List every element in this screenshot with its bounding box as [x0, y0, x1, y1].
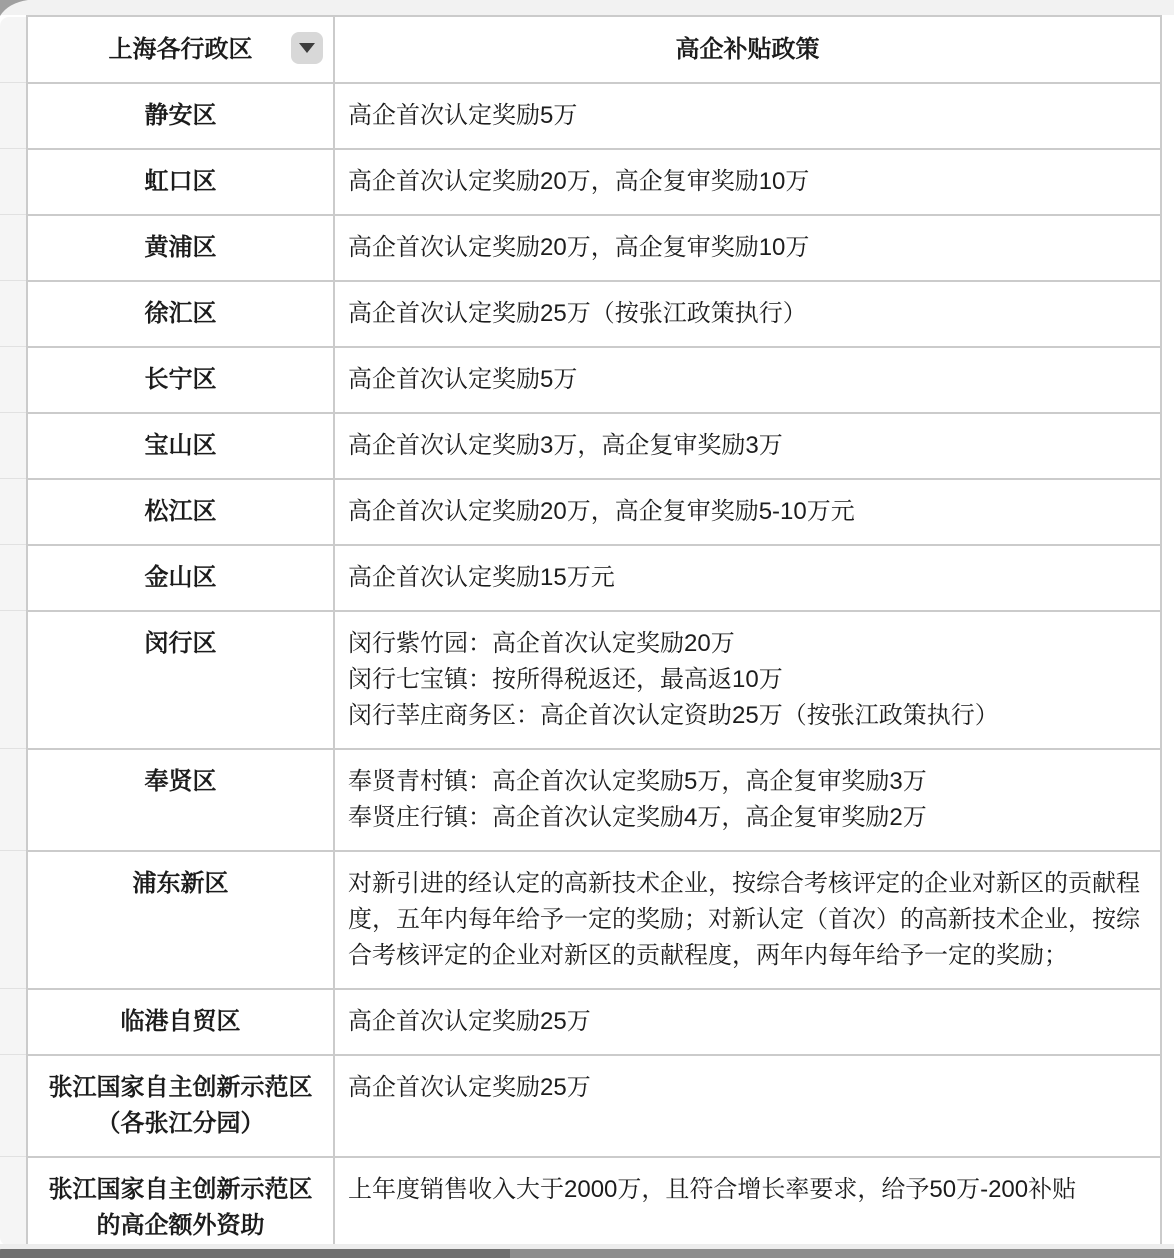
policy-cell[interactable]: 对新引进的经认定的高新技术企业，按综合考核评定的企业对新区的贡献程度，五年内每年…: [334, 851, 1161, 989]
policy-cell[interactable]: 高企首次认定奖励25万: [334, 989, 1161, 1055]
district-text-line: 张江国家自主创新示范区: [40, 1070, 321, 1106]
policy-cell[interactable]: 高企首次认定奖励25万（按张江政策执行）: [334, 281, 1161, 347]
policy-cell[interactable]: 高企首次认定奖励5万: [334, 83, 1161, 149]
gutter-row-line: [0, 148, 26, 149]
gutter-row-line: [0, 544, 26, 545]
table-row: 宝山区高企首次认定奖励3万，高企复审奖励3万: [27, 413, 1161, 479]
policy-text-line: 合考核评定的企业对新区的贡献程度，两年内每年给予一定的奖励；: [348, 938, 1144, 974]
district-cell[interactable]: 宝山区: [27, 413, 334, 479]
top-margin-strip: [0, 0, 1174, 15]
district-text-line: 张江国家自主创新示范区: [40, 1172, 321, 1208]
gutter-row-line: [0, 82, 26, 83]
policy-text-line: 度，五年内每年给予一定的奖励；对新认定（首次）的高新技术企业，按综: [348, 902, 1144, 938]
district-cell[interactable]: 徐汇区: [27, 281, 334, 347]
district-text-line: 松江区: [40, 494, 321, 530]
policy-text-line: 高企首次认定奖励25万（按张江政策执行）: [348, 296, 1144, 332]
district-text-line: 徐汇区: [40, 296, 321, 332]
header-row: 上海各行政区 高企补贴政策: [27, 16, 1161, 83]
policy-cell[interactable]: 高企首次认定奖励25万: [334, 1055, 1161, 1157]
policy-text-line: 高企首次认定奖励20万，高企复审奖励5-10万元: [348, 494, 1144, 530]
table-row: 奉贤区奉贤青村镇：高企首次认定奖励5万，高企复审奖励3万奉贤庄行镇：高企首次认定…: [27, 749, 1161, 851]
gutter-row-line: [0, 412, 26, 413]
policy-text-line: 高企首次认定奖励25万: [348, 1004, 1144, 1040]
district-cell[interactable]: 金山区: [27, 545, 334, 611]
district-text-line: 临港自贸区: [40, 1004, 321, 1040]
district-text-line: 长宁区: [40, 362, 321, 398]
district-text-line: 闵行区: [40, 626, 321, 662]
dropdown-arrow-icon: [299, 43, 315, 53]
row-gutter: [0, 17, 26, 1246]
district-cell[interactable]: 长宁区: [27, 347, 334, 413]
table-row: 徐汇区高企首次认定奖励25万（按张江政策执行）: [27, 281, 1161, 347]
table-row: 松江区高企首次认定奖励20万，高企复审奖励5-10万元: [27, 479, 1161, 545]
district-header-cell: 上海各行政区: [27, 16, 334, 83]
policy-text-line: 高企首次认定奖励15万元: [348, 560, 1144, 596]
policy-text-line: 对新引进的经认定的高新技术企业，按综合考核评定的企业对新区的贡献程: [348, 866, 1144, 902]
district-header-label: 上海各行政区: [109, 36, 253, 63]
district-text-line: 浦东新区: [40, 866, 321, 902]
district-text-line: 黄浦区: [40, 230, 321, 266]
table-row: 黄浦区高企首次认定奖励20万，高企复审奖励10万: [27, 215, 1161, 281]
horizontal-scrollbar[interactable]: [0, 1249, 1174, 1258]
district-cell[interactable]: 张江国家自主创新示范区（各张江分园）: [27, 1055, 334, 1157]
policy-text-line: 高企首次认定奖励5万: [348, 98, 1144, 134]
policy-cell[interactable]: 高企首次认定奖励20万，高企复审奖励10万: [334, 149, 1161, 215]
table-row: 浦东新区对新引进的经认定的高新技术企业，按综合考核评定的企业对新区的贡献程度，五…: [27, 851, 1161, 989]
gutter-row-line: [0, 610, 26, 611]
policy-cell[interactable]: 高企首次认定奖励15万元: [334, 545, 1161, 611]
policy-cell[interactable]: 高企首次认定奖励20万，高企复审奖励10万: [334, 215, 1161, 281]
district-cell[interactable]: 静安区: [27, 83, 334, 149]
policy-text-line: 闵行莘庄商务区：高企首次认定资助25万（按张江政策执行）: [348, 698, 1144, 734]
policy-cell[interactable]: 高企首次认定奖励5万: [334, 347, 1161, 413]
gutter-row-line: [0, 1054, 26, 1055]
policy-header-cell: 高企补贴政策: [334, 16, 1161, 83]
district-filter-dropdown-button[interactable]: [291, 32, 323, 64]
district-cell[interactable]: 张江国家自主创新示范区的高企额外资助: [27, 1157, 334, 1258]
table-row: 临港自贸区高企首次认定奖励25万: [27, 989, 1161, 1055]
gutter-row-line: [0, 1156, 26, 1157]
district-text-line: 虹口区: [40, 164, 321, 200]
policy-cell[interactable]: 奉贤青村镇：高企首次认定奖励5万，高企复审奖励3万奉贤庄行镇：高企首次认定奖励4…: [334, 749, 1161, 851]
policy-text-line: 高企首次认定奖励25万: [348, 1070, 1144, 1106]
policy-cell[interactable]: 高企首次认定奖励3万，高企复审奖励3万: [334, 413, 1161, 479]
table-row: 张江国家自主创新示范区的高企额外资助上年度销售收入大于2000万，且符合增长率要…: [27, 1157, 1161, 1258]
table-row: 静安区高企首次认定奖励5万: [27, 83, 1161, 149]
policy-text-line: 高企首次认定奖励3万，高企复审奖励3万: [348, 428, 1144, 464]
district-text-line: 静安区: [40, 98, 321, 134]
district-text-line: 的高企额外资助: [40, 1208, 321, 1244]
gutter-row-line: [0, 988, 26, 989]
district-subsidy-table: 上海各行政区 高企补贴政策 静安区高企首次认定奖励5万虹口区高企首次认定奖励20…: [26, 15, 1162, 1258]
gutter-row-line: [0, 214, 26, 215]
policy-cell[interactable]: 上年度销售收入大于2000万，且符合增长率要求，给予50万-200补贴: [334, 1157, 1161, 1258]
gutter-row-line: [0, 850, 26, 851]
district-cell[interactable]: 奉贤区: [27, 749, 334, 851]
district-cell[interactable]: 黄浦区: [27, 215, 334, 281]
district-text-line: 金山区: [40, 560, 321, 596]
policy-text-line: 上年度销售收入大于2000万，且符合增长率要求，给予50万-200补贴: [348, 1172, 1144, 1208]
policy-text-line: 闵行七宝镇：按所得税返还，最高返10万: [348, 662, 1144, 698]
policy-text-line: 高企首次认定奖励20万，高企复审奖励10万: [348, 164, 1144, 200]
table-row: 张江国家自主创新示范区（各张江分园）高企首次认定奖励25万: [27, 1055, 1161, 1157]
district-text-line: 奉贤区: [40, 764, 321, 800]
policy-text-line: 奉贤庄行镇：高企首次认定奖励4万，高企复审奖励2万: [348, 800, 1144, 836]
policy-text-line: 奉贤青村镇：高企首次认定奖励5万，高企复审奖励3万: [348, 764, 1144, 800]
district-cell[interactable]: 浦东新区: [27, 851, 334, 989]
policy-text-line: 闵行紫竹园：高企首次认定奖励20万: [348, 626, 1144, 662]
table-row: 长宁区高企首次认定奖励5万: [27, 347, 1161, 413]
district-cell[interactable]: 松江区: [27, 479, 334, 545]
table-row: 金山区高企首次认定奖励15万元: [27, 545, 1161, 611]
table-row: 闵行区闵行紫竹园：高企首次认定奖励20万闵行七宝镇：按所得税返还，最高返10万闵…: [27, 611, 1161, 749]
district-text-line: 宝山区: [40, 428, 321, 464]
policy-text-line: 高企首次认定奖励20万，高企复审奖励10万: [348, 230, 1144, 266]
table-row: 虹口区高企首次认定奖励20万，高企复审奖励10万: [27, 149, 1161, 215]
district-cell[interactable]: 闵行区: [27, 611, 334, 749]
policy-text-line: 高企首次认定奖励5万: [348, 362, 1144, 398]
gutter-row-line: [0, 748, 26, 749]
scrollbar-thumb[interactable]: [0, 1249, 510, 1258]
policy-cell[interactable]: 闵行紫竹园：高企首次认定奖励20万闵行七宝镇：按所得税返还，最高返10万闵行莘庄…: [334, 611, 1161, 749]
gutter-row-line: [0, 280, 26, 281]
district-text-line: （各张江分园）: [40, 1106, 321, 1142]
district-cell[interactable]: 临港自贸区: [27, 989, 334, 1055]
gutter-row-line: [0, 346, 26, 347]
gutter-row-line: [0, 478, 26, 479]
policy-cell[interactable]: 高企首次认定奖励20万，高企复审奖励5-10万元: [334, 479, 1161, 545]
district-cell[interactable]: 虹口区: [27, 149, 334, 215]
policy-header-label: 高企补贴政策: [676, 36, 820, 63]
